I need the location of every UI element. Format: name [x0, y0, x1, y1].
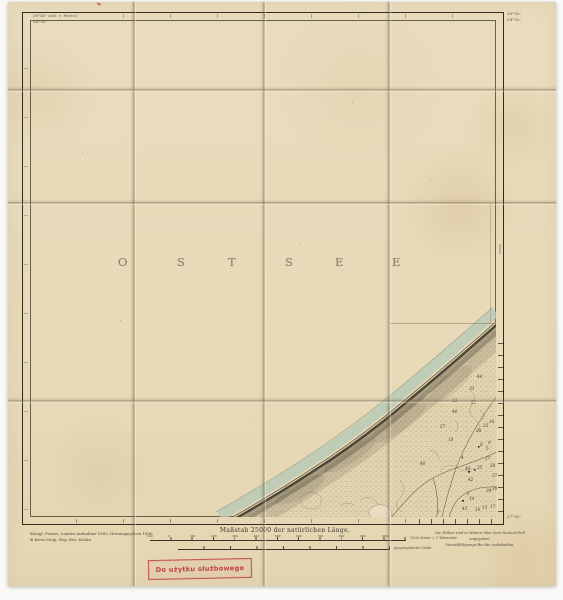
spot-height: 7: [437, 510, 440, 515]
sea-letter: T: [228, 255, 236, 269]
spot-height: 20: [492, 486, 497, 491]
fold-crease-horizontal-1: [8, 89, 556, 91]
note-heights: Die Höhen sind in Metern über dem Normal…: [424, 530, 536, 542]
stamp-text: Do użytku służbowego: [156, 564, 245, 574]
sea-letter: O: [118, 255, 128, 269]
publisher-seal-icon: ⊛: [30, 537, 33, 542]
spot-height: 35: [477, 465, 482, 470]
spot-height: 9: [488, 440, 491, 445]
latitude-mark-top-right: 54°50': [507, 17, 521, 22]
spot-height: 42: [468, 477, 473, 482]
spot-height: 17: [490, 504, 495, 509]
spot-height: 5: [486, 446, 489, 451]
sea-letter: E: [335, 255, 344, 269]
spot-height: 27: [485, 456, 490, 461]
spot-height: 40: [420, 461, 425, 466]
imprint-block: Königl. Preuss. Landes-Aufnahme 1889. He…: [30, 531, 154, 543]
spot-height: 14: [469, 496, 474, 501]
spot-height: 44: [477, 374, 482, 379]
border-ticks-left: [24, 20, 28, 517]
spot-height: 58: [490, 463, 495, 468]
note-rights: Vervielfältigungs-Rechte vorbehalten.: [424, 542, 536, 548]
coordinate-mark-top-left: 30°40' östl. v. Ferro: [33, 13, 75, 18]
sea-letter: E: [392, 255, 401, 269]
spot-height: 37: [492, 473, 497, 478]
border-ticks-bottom: [408, 519, 496, 524]
coordinate-mark-top-right: 30°50': [507, 11, 521, 16]
imprint-line-district: ⊛ Kreis Stolp, Reg. Bez. Köslin.: [30, 537, 154, 543]
scanned-map-page: OSTSEE 443352124616252857109854274048355…: [0, 0, 563, 600]
coordinate-mark-bottom-right: 27°50': [507, 514, 521, 519]
border-ticks-right: [498, 332, 503, 516]
spot-height: 46: [452, 409, 457, 414]
spot-height: 16: [489, 419, 494, 424]
spot-height: 33: [469, 386, 474, 391]
adjoining-sheet-note: Rowe: [498, 244, 503, 255]
spot-height: 43: [462, 506, 467, 511]
faint-guide-line-horizontal: [390, 323, 496, 324]
spot-height: 16: [475, 507, 480, 512]
faint-guide-line-vertical: [490, 203, 491, 323]
scale-bar-meters: [150, 540, 406, 541]
spot-height: 57: [440, 424, 445, 429]
imprint-district-text: Kreis Stolp, Reg. Bez. Köslin.: [35, 537, 93, 542]
fold-crease-horizontal-2: [8, 202, 556, 204]
spot-height: 25: [483, 423, 488, 428]
fold-crease-horizontal-3: [8, 400, 556, 402]
spot-height: 8: [480, 442, 483, 447]
spot-height: 34: [486, 488, 491, 493]
spot-height: 4: [461, 455, 464, 460]
spot-height: 13: [482, 505, 487, 510]
border-ticks-bottom-sparse: [30, 519, 408, 523]
sea-letter: S: [285, 255, 293, 269]
sea-letter: S: [177, 255, 185, 269]
spot-height: 10: [448, 437, 453, 442]
spot-height: 48: [465, 466, 470, 471]
scale-bar-mile: [178, 549, 390, 550]
latitude-mark-top-left: 54°50': [33, 19, 47, 24]
marginal-notes: Die Höhen sind in Metern über dem Normal…: [424, 530, 536, 548]
official-use-stamp: Do użytku służbowego: [148, 558, 252, 580]
spot-height: 28: [476, 428, 481, 433]
